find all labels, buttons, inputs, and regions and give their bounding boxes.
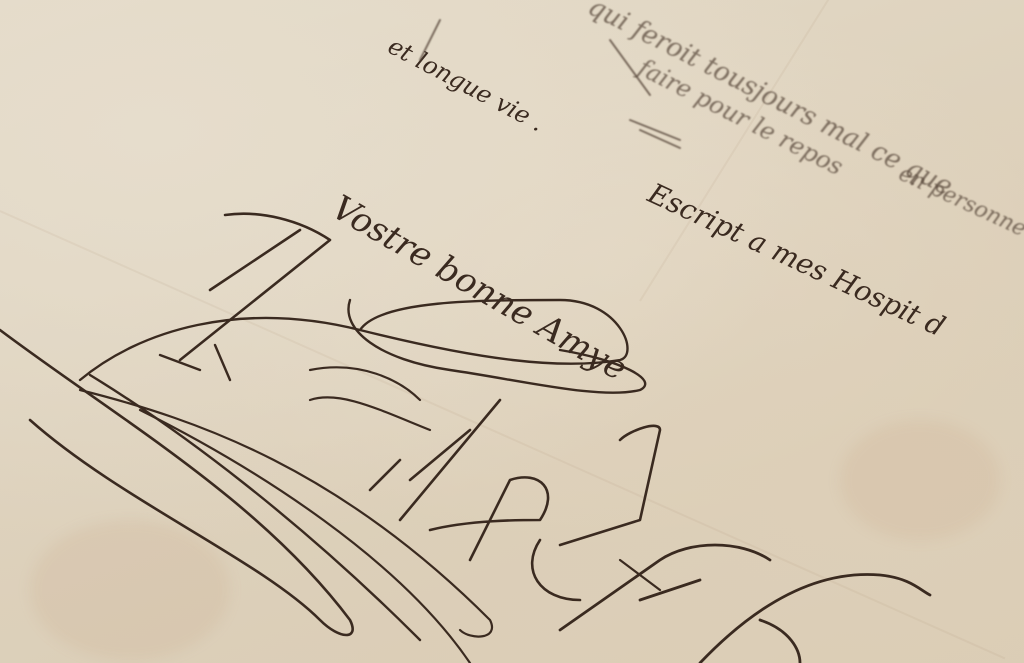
manuscript-photo: qui feroit tousjours mal ce que faire po… xyxy=(0,0,1024,663)
signature-flourish xyxy=(0,0,1024,663)
